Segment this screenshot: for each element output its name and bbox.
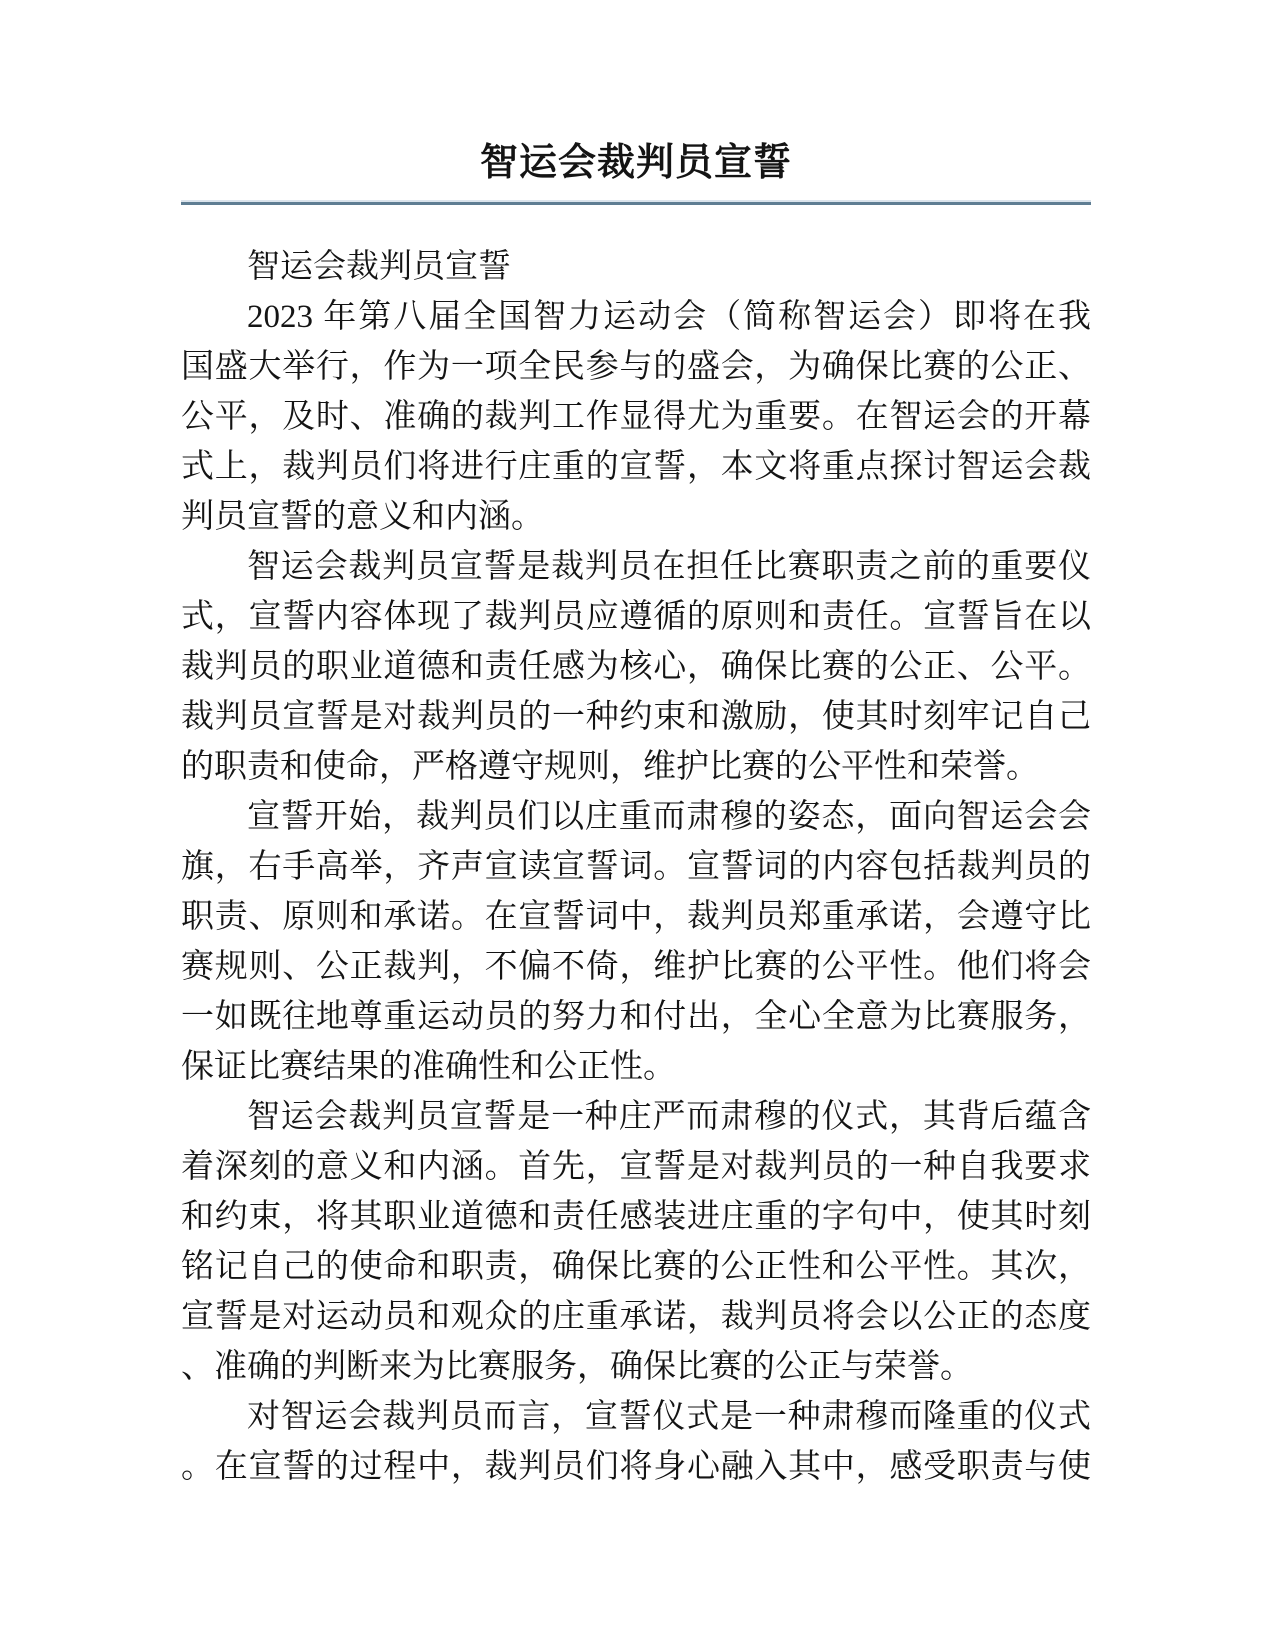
text-line: 智运会裁判员宣誓是裁判员在担任比赛职责之前的重要仪 [181,542,1091,592]
paragraph: 对智运会裁判员而言，宣誓仪式是一种肃穆而隆重的仪式。在宣誓的过程中，裁判员们将身… [181,1392,1091,1492]
text-line: 着深刻的意义和内涵。首先，宣誓是对裁判员的一种自我要求 [181,1142,1091,1192]
paragraph: 智运会裁判员宣誓是一种庄严而肃穆的仪式，其背后蕴含着深刻的意义和内涵。首先，宣誓… [181,1092,1091,1392]
text-line: 铭记自己的使命和职责，确保比赛的公正性和公平性。其次， [181,1242,1091,1292]
text-line: 式上，裁判员们将进行庄重的宣誓，本文将重点探讨智运会裁 [181,442,1091,492]
text-line: 和约束，将其职业道德和责任感装进庄重的字句中，使其时刻 [181,1192,1091,1242]
text-line: 一如既往地尊重运动员的努力和付出，全心全意为比赛服务， [181,992,1091,1042]
text-line: 职责、原则和承诺。在宣誓词中，裁判员郑重承诺，会遵守比 [181,892,1091,942]
text-line: 保证比赛结果的准确性和公正性。 [181,1042,1091,1092]
paragraph: 智运会裁判员宣誓是裁判员在担任比赛职责之前的重要仪式，宣誓内容体现了裁判员应遵循… [181,542,1091,792]
text-line: 对智运会裁判员而言，宣誓仪式是一种肃穆而隆重的仪式 [181,1392,1091,1442]
text-line: 智运会裁判员宣誓 [181,242,1091,292]
text-line: 裁判员的职业道德和责任感为核心，确保比赛的公正、公平。 [181,642,1091,692]
text-line: 宣誓是对运动员和观众的庄重承诺，裁判员将会以公正的态度 [181,1292,1091,1342]
text-line: 、准确的判断来为比赛服务，确保比赛的公正与荣誉。 [181,1342,1091,1392]
text-line: 宣誓开始，裁判员们以庄重而肃穆的姿态，面向智运会会 [181,792,1091,842]
text-line: 裁判员宣誓是对裁判员的一种约束和激励，使其时刻牢记自己 [181,692,1091,742]
text-line: 2023 年第八届全国智力运动会（简称智运会）即将在我 [181,292,1091,342]
title-underline [181,200,1091,205]
document-page: 智运会裁判员宣誓 智运会裁判员宣誓2023 年第八届全国智力运动会（简称智运会）… [0,0,1275,1650]
text-line: 判员宣誓的意义和内涵。 [181,492,1091,542]
paragraph: 宣誓开始，裁判员们以庄重而肃穆的姿态，面向智运会会旗，右手高举，齐声宣读宣誓词。… [181,792,1091,1092]
text-line: 赛规则、公正裁判，不偏不倚，维护比赛的公平性。他们将会 [181,942,1091,992]
text-line: 。在宣誓的过程中，裁判员们将身心融入其中，感受职责与使 [181,1442,1091,1492]
document-body: 智运会裁判员宣誓2023 年第八届全国智力运动会（简称智运会）即将在我国盛大举行… [181,242,1091,1492]
text-line: 的职责和使命，严格遵守规则，维护比赛的公平性和荣誉。 [181,742,1091,792]
document-title: 智运会裁判员宣誓 [181,140,1091,200]
paragraph: 智运会裁判员宣誓 [181,242,1091,292]
text-line: 旗，右手高举，齐声宣读宣誓词。宣誓词的内容包括裁判员的 [181,842,1091,892]
text-line: 公平，及时、准确的裁判工作显得尤为重要。在智运会的开幕 [181,392,1091,442]
text-line: 国盛大举行，作为一项全民参与的盛会，为确保比赛的公正、 [181,342,1091,392]
text-line: 式，宣誓内容体现了裁判员应遵循的原则和责任。宣誓旨在以 [181,592,1091,642]
text-line: 智运会裁判员宣誓是一种庄严而肃穆的仪式，其背后蕴含 [181,1092,1091,1142]
paragraph: 2023 年第八届全国智力运动会（简称智运会）即将在我国盛大举行，作为一项全民参… [181,292,1091,542]
